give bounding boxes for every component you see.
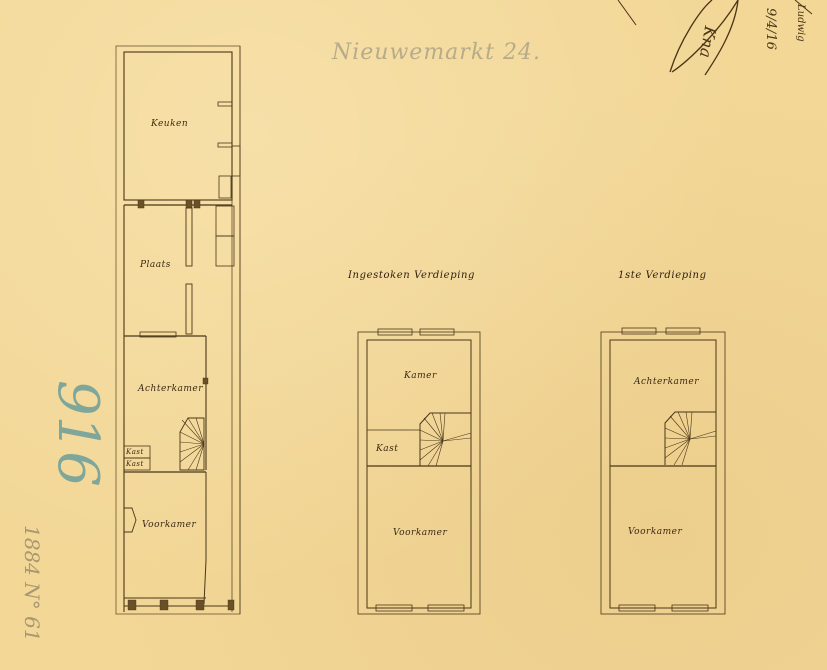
top-right-date: 9/4/16 xyxy=(763,8,778,50)
room-label-closet-1: Kast xyxy=(126,448,144,456)
first-floor-title: 1ste Verdieping xyxy=(618,270,707,281)
room-label-first-back-room: Achterkamer xyxy=(634,377,699,387)
room-label-yard: Plaats xyxy=(140,260,171,270)
mezzanine-title: Ingestoken Verdieping xyxy=(348,270,475,281)
left-edge-pencil-note: 1884 N° 61 xyxy=(20,525,44,642)
address-pencil-text: Nieuwemarkt 24. xyxy=(332,40,541,65)
floor-plan-drawing xyxy=(0,0,827,670)
first-floor-plan xyxy=(601,328,725,614)
room-label-kitchen: Keuken xyxy=(151,119,188,129)
room-label-first-front-room: Voorkamer xyxy=(628,527,682,537)
room-label-closet-2: Kast xyxy=(126,460,144,468)
room-label-mezzanine-closet: Kast xyxy=(376,444,398,454)
room-label-mezzanine-front-room: Voorkamer xyxy=(393,528,447,538)
blue-pencil-number: 916 xyxy=(45,380,110,487)
room-label-mezzanine-room: Kamer xyxy=(404,371,437,381)
room-label-front-room: Voorkamer xyxy=(142,520,196,530)
top-right-word: Ludwig xyxy=(795,4,806,42)
room-label-back-room: Achterkamer xyxy=(138,384,203,394)
